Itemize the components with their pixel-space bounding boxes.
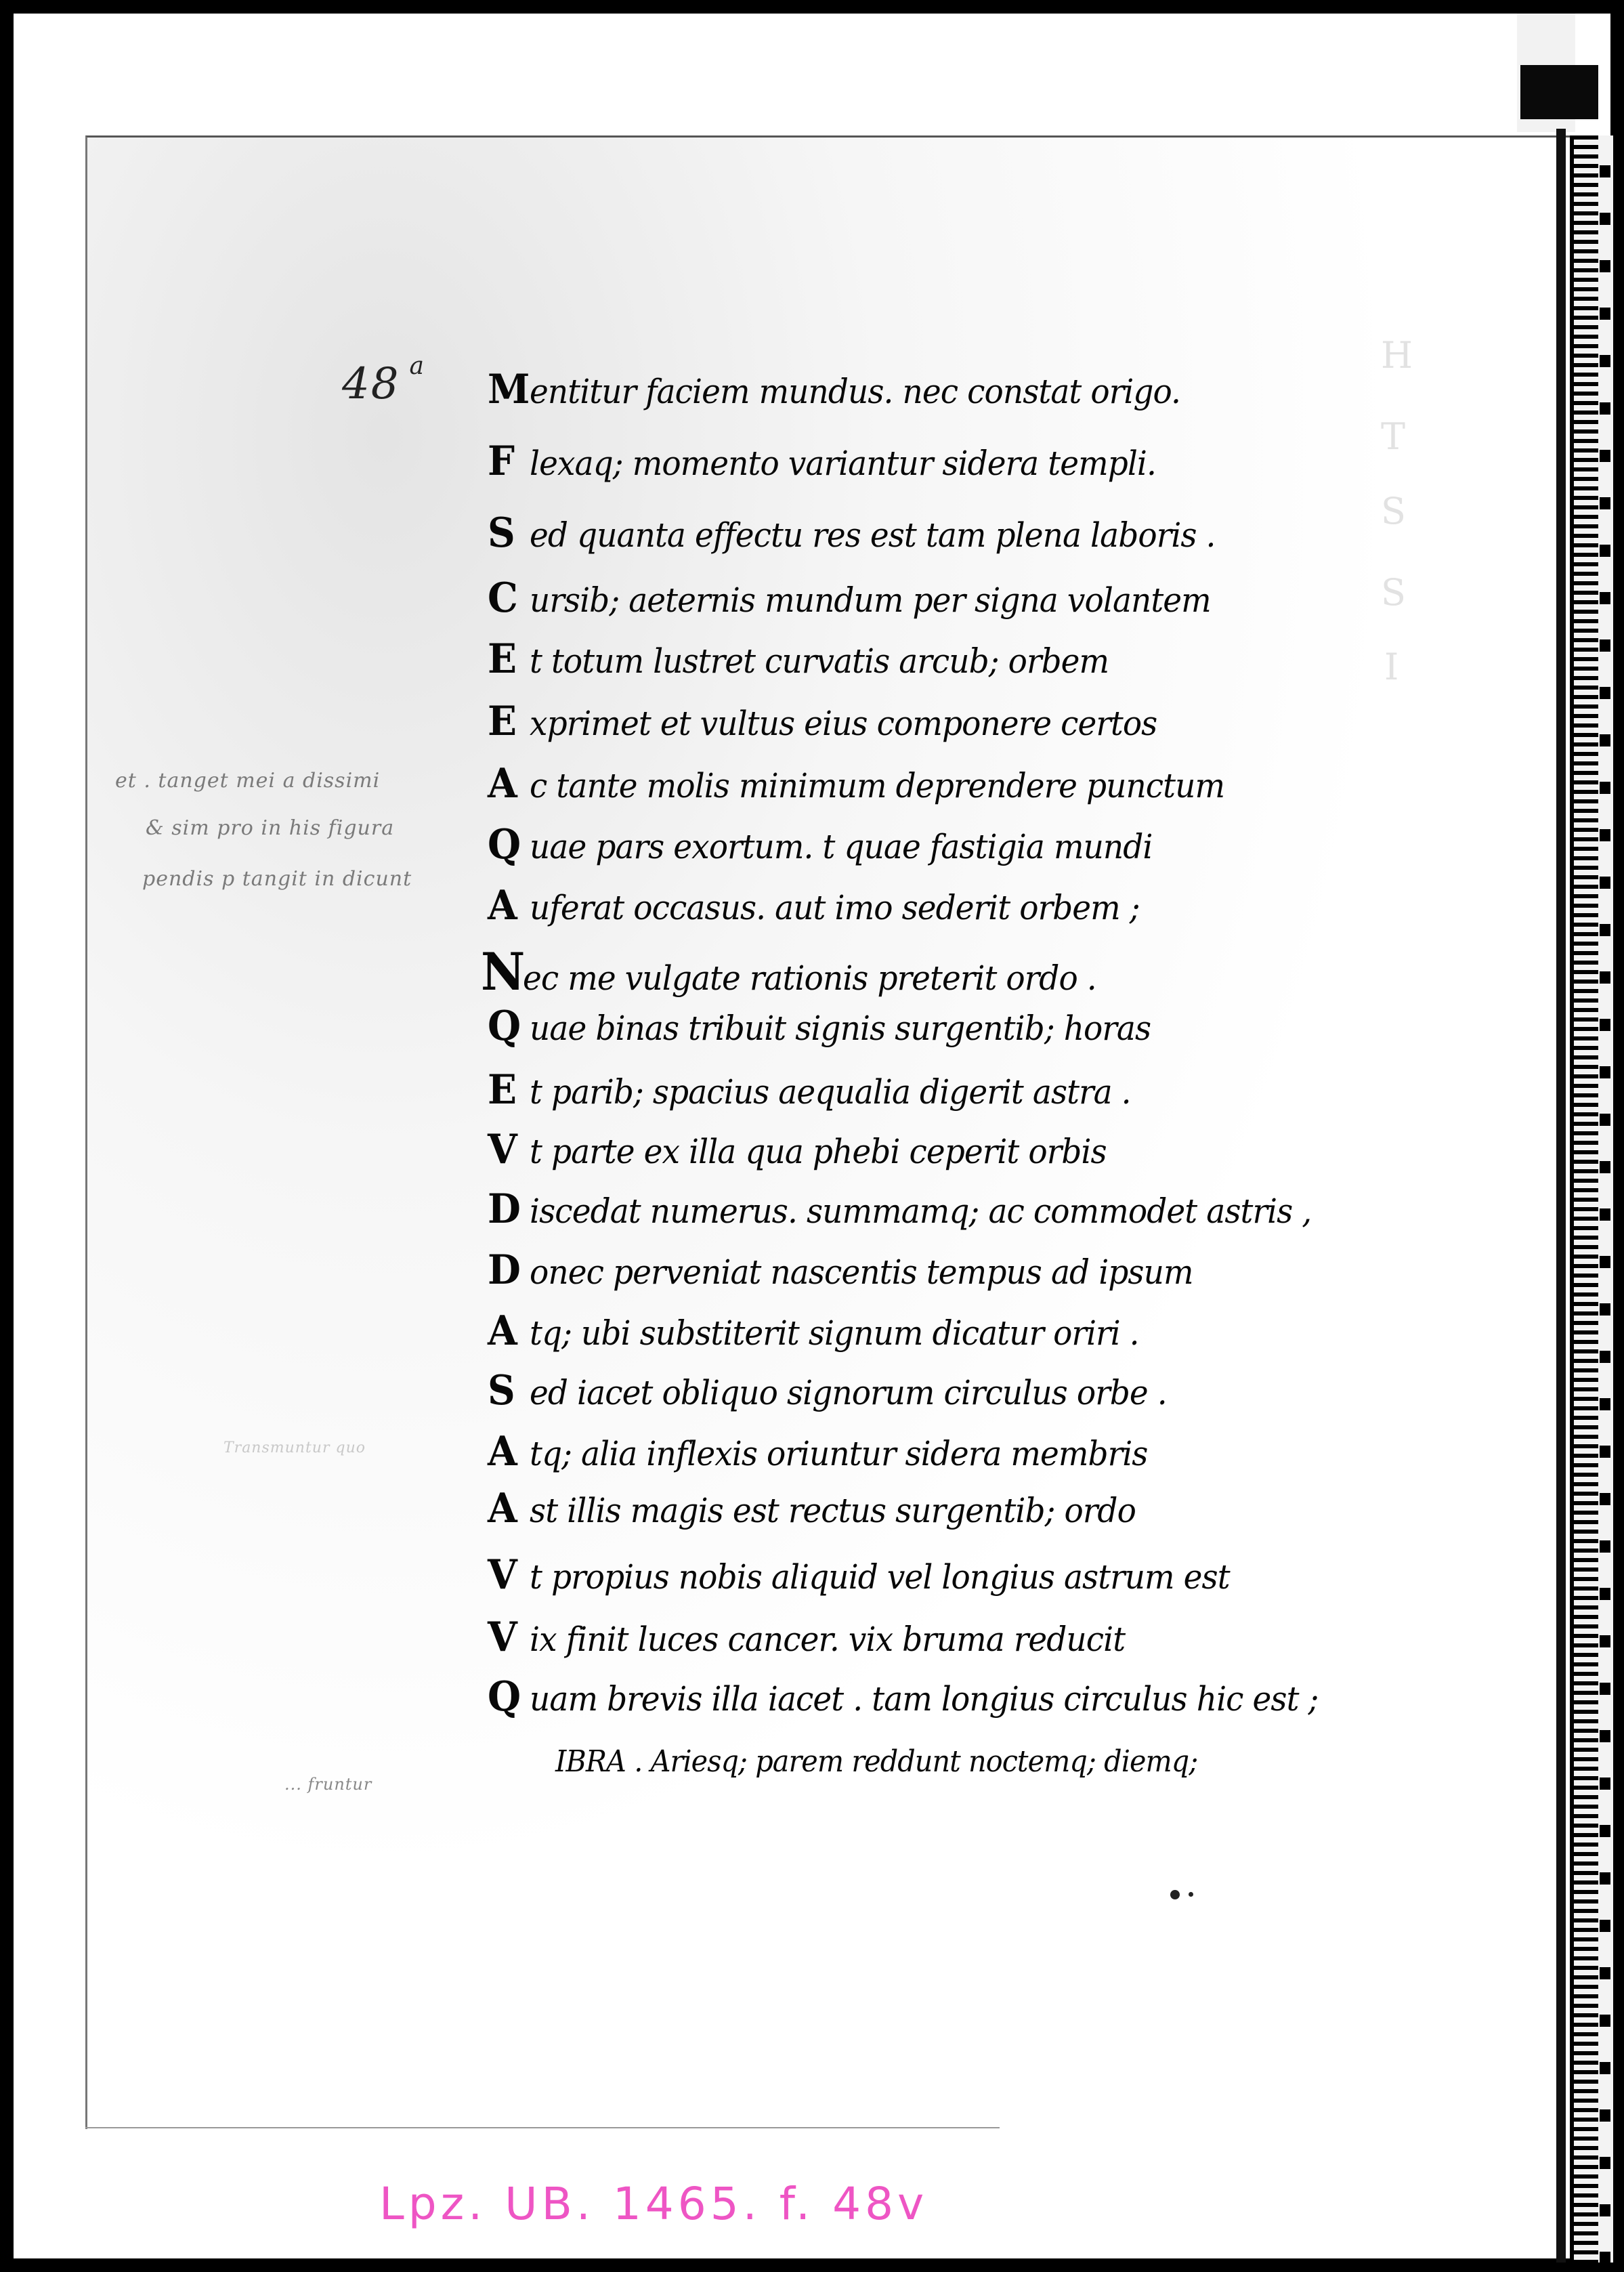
verse-initial: A bbox=[488, 882, 530, 929]
binding-shadow-block bbox=[1520, 65, 1598, 119]
verse-line: LIBRA . Ariesq; parem reddunt noctemq; d… bbox=[555, 1734, 1197, 1782]
verse-initial: D bbox=[488, 1246, 530, 1294]
verse-initial: N bbox=[481, 942, 523, 1002]
verse-line: Discedat numerus. summamq; ac commodet a… bbox=[488, 1185, 1311, 1233]
page-bottom-edge bbox=[85, 2127, 1000, 2128]
show-through-letter: S bbox=[1381, 490, 1406, 532]
verse-text: c tante molis minimum deprendere punctum bbox=[530, 766, 1224, 805]
folio-side: a bbox=[409, 352, 425, 380]
verse-text: onec perveniat nascentis tempus ad ipsum bbox=[530, 1253, 1193, 1292]
ink-speck bbox=[1170, 1890, 1180, 1899]
verse-line: Ast illis magis est rectus surgentib; or… bbox=[488, 1485, 1136, 1532]
verse-text: ed iacet obliquo signorum circulus orbe … bbox=[530, 1373, 1167, 1412]
verse-line: Quae pars exortum. t quae fastigia mundi bbox=[488, 821, 1152, 868]
verse-initial: D bbox=[488, 1185, 530, 1233]
verse-initial: S bbox=[488, 1367, 530, 1414]
verse-text: IBRA . Ariesq; parem reddunt noctemq; di… bbox=[555, 1744, 1197, 1779]
verse-line: Vix finit luces cancer. vix bruma reduci… bbox=[488, 1614, 1125, 1661]
verse-line: Flexaq; momento variantur sidera templi. bbox=[488, 438, 1156, 485]
verse-line: Auferat occasus. aut imo sederit orbem ; bbox=[488, 882, 1140, 929]
margin-note-line: et . tanget mei a dissimi bbox=[115, 769, 380, 793]
verse-text: xprimet et vultus eius componere certos bbox=[530, 704, 1157, 743]
verse-text: t totum lustret curvatis arcub; orbem bbox=[530, 641, 1109, 681]
faint-marginalia: ... fruntur bbox=[284, 1775, 372, 1794]
verse-line: Ac tante molis minimum deprendere punctu… bbox=[488, 760, 1224, 807]
verse-text: iscedat numerus. summamq; ac commodet as… bbox=[530, 1192, 1311, 1231]
verse-initial: Q bbox=[488, 821, 530, 868]
verse-line: Et totum lustret curvatis arcub; orbem bbox=[488, 635, 1109, 683]
verse-line: Quam brevis illa iacet . tam longius cir… bbox=[488, 1673, 1318, 1721]
verse-text: uae pars exortum. t quae fastigia mundi bbox=[530, 827, 1152, 866]
show-through-letter: S bbox=[1381, 571, 1406, 614]
verse-text: st illis magis est rectus surgentib; ord… bbox=[530, 1491, 1136, 1530]
show-through-letter: T bbox=[1381, 415, 1405, 458]
verse-initial: M bbox=[488, 366, 530, 413]
verse-text: ed quanta effectu res est tam plena labo… bbox=[530, 516, 1215, 555]
verse-text: entitur faciem mundus. nec constat origo… bbox=[530, 372, 1180, 411]
show-through-letter: H bbox=[1381, 334, 1413, 377]
verse-line: Sed quanta effectu res est tam plena lab… bbox=[488, 509, 1216, 557]
verse-text: t parte ex illa qua phebi ceperit orbis bbox=[530, 1132, 1107, 1171]
verse-initial: Q bbox=[488, 1003, 530, 1050]
ruler-markings bbox=[1600, 135, 1610, 2263]
gutter-shadow bbox=[1556, 129, 1566, 2263]
faint-marginalia: Transmuntur quo bbox=[223, 1439, 366, 1456]
verse-initial: A bbox=[488, 1485, 530, 1532]
verse-text: tq; alia inflexis oriuntur sidera membri… bbox=[530, 1434, 1147, 1473]
verse-text: ursib; aeternis mundum per signa volante… bbox=[530, 581, 1211, 620]
verse-initial: A bbox=[488, 1428, 530, 1475]
verse-line: Atq; alia inflexis oriuntur sidera membr… bbox=[488, 1428, 1147, 1475]
verse-line: Mentitur faciem mundus. nec constat orig… bbox=[488, 366, 1180, 413]
verse-initial: V bbox=[488, 1551, 530, 1599]
verse-initial: E bbox=[488, 1066, 530, 1114]
verse-text: tq; ubi substiterit signum dicatur oriri… bbox=[530, 1313, 1139, 1353]
verse-initial: A bbox=[488, 1307, 530, 1355]
verse-text: uam brevis illa iacet . tam longius circ… bbox=[530, 1679, 1318, 1719]
verse-initial: S bbox=[488, 509, 530, 557]
verse-text: uae binas tribuit signis surgentib; hora… bbox=[530, 1009, 1151, 1048]
verse-initial: C bbox=[488, 574, 530, 622]
margin-note-line: pendis p tangit in dicunt bbox=[142, 867, 412, 891]
verse-line: Vt parte ex illa qua phebi ceperit orbis bbox=[488, 1126, 1107, 1173]
verse-text: t propius nobis aliquid vel longius astr… bbox=[530, 1557, 1230, 1597]
verse-text: lexaq; momento variantur sidera templi. bbox=[530, 444, 1156, 483]
verse-initial: Q bbox=[488, 1673, 530, 1721]
verse-line: Nec me vulgate rationis preterit ordo . bbox=[481, 942, 1096, 1002]
verse-line: Et parib; spacius aequalia digerit astra… bbox=[488, 1066, 1131, 1114]
verse-initial: E bbox=[488, 698, 530, 745]
show-through-letter: I bbox=[1384, 646, 1398, 688]
margin-note-line: & sim pro in his figura bbox=[146, 816, 394, 840]
verse-initial: V bbox=[488, 1614, 530, 1661]
verse-initial: V bbox=[488, 1126, 530, 1173]
verse-text: t parib; spacius aequalia digerit astra … bbox=[530, 1072, 1131, 1112]
verse-initial: A bbox=[488, 760, 530, 807]
verse-line: Donec perveniat nascentis tempus ad ipsu… bbox=[488, 1246, 1193, 1294]
verse-line: Vt propius nobis aliquid vel longius ast… bbox=[488, 1551, 1230, 1599]
verse-line: Sed iacet obliquo signorum circulus orbe… bbox=[488, 1367, 1167, 1414]
folio-number: 48a bbox=[342, 359, 425, 409]
verse-text: ec me vulgate rationis preterit ordo . bbox=[523, 959, 1096, 998]
verse-text: ix finit luces cancer. vix bruma reducit bbox=[530, 1620, 1125, 1659]
verse-line: Quae binas tribuit signis surgentib; hor… bbox=[488, 1003, 1151, 1050]
verse-initial: E bbox=[488, 635, 530, 683]
shelfmark-label: Lpz. UB. 1465. f. 48v bbox=[379, 2178, 928, 2230]
ink-speck bbox=[1189, 1892, 1193, 1897]
verse-line: Atq; ubi substiterit signum dicatur orir… bbox=[488, 1307, 1139, 1355]
verse-line: Cursib; aeternis mundum per signa volant… bbox=[488, 574, 1211, 622]
verse-text: uferat occasus. aut imo sederit orbem ; bbox=[530, 888, 1140, 927]
verse-initial: F bbox=[488, 438, 530, 485]
verse-line: Exprimet et vultus eius componere certos bbox=[488, 698, 1157, 745]
folio-number-value: 48 bbox=[342, 359, 400, 409]
